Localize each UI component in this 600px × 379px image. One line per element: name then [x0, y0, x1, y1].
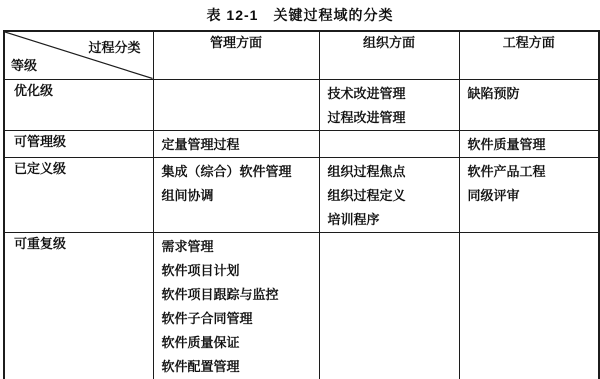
- corner-label-level: 等级: [11, 55, 37, 74]
- kpa-item: 软件质量保证: [162, 331, 315, 355]
- cell-organization: 技术改进管理过程改进管理: [319, 79, 459, 130]
- cell-organization: [319, 130, 459, 157]
- table-row-repeatable: 可重复级 需求管理软件项目计划软件项目跟踪与监控软件子合同管理软件质量保证软件配…: [4, 232, 599, 379]
- column-header-organization: 组织方面: [319, 31, 459, 79]
- kpa-item: 培训程序: [328, 208, 455, 232]
- cell-engineering: [459, 232, 599, 379]
- level-label: 可管理级: [4, 130, 153, 157]
- table-row-managed: 可管理级 定量管理过程 软件质量管理: [4, 130, 599, 157]
- kpa-item: 技术改进管理: [328, 82, 455, 106]
- column-header-management: 管理方面: [153, 31, 319, 79]
- kpa-item: 集成（综合）软件管理: [162, 160, 315, 184]
- column-header-engineering: 工程方面: [459, 31, 599, 79]
- cell-organization: 组织过程焦点组织过程定义培训程序: [319, 157, 459, 232]
- cell-engineering: 缺陷预防: [459, 79, 599, 130]
- cell-management: 定量管理过程: [153, 130, 319, 157]
- cell-engineering: 软件产品工程同级评审: [459, 157, 599, 232]
- table-title: 表 12-1 关键过程域的分类: [0, 0, 600, 25]
- cell-management: 需求管理软件项目计划软件项目跟踪与监控软件子合同管理软件质量保证软件配置管理: [153, 232, 319, 379]
- kpa-item: 需求管理: [162, 235, 315, 259]
- level-label: 已定义级: [4, 157, 153, 232]
- level-label: 优化级: [4, 79, 153, 130]
- corner-label-process-category: 过程分类: [88, 37, 140, 56]
- cell-engineering: 软件质量管理: [459, 130, 599, 157]
- kpa-item: 软件产品工程: [468, 160, 595, 184]
- kpa-item: 缺陷预防: [468, 82, 595, 106]
- kpa-item: 软件项目跟踪与监控: [162, 283, 315, 307]
- diagonal-header-cell: 过程分类 等级: [4, 31, 153, 79]
- table-row-defined: 已定义级 集成（综合）软件管理组间协调 组织过程焦点组织过程定义培训程序 软件产…: [4, 157, 599, 232]
- kpa-item: 软件质量管理: [468, 133, 595, 157]
- kpa-table: 过程分类 等级 管理方面 组织方面 工程方面 优化级 技术改进管理过程改进管理 …: [3, 30, 600, 379]
- level-label: 可重复级: [4, 232, 153, 379]
- kpa-item: 过程改进管理: [328, 106, 455, 130]
- kpa-item: 同级评审: [468, 184, 595, 208]
- kpa-item: 定量管理过程: [162, 133, 315, 157]
- kpa-item: 组间协调: [162, 184, 315, 208]
- kpa-item: 软件子合同管理: [162, 307, 315, 331]
- table-row-optimizing: 优化级 技术改进管理过程改进管理 缺陷预防: [4, 79, 599, 130]
- header-row: 过程分类 等级 管理方面 组织方面 工程方面: [4, 31, 599, 79]
- kpa-item: 组织过程定义: [328, 184, 455, 208]
- kpa-item: 软件项目计划: [162, 259, 315, 283]
- kpa-item: 组织过程焦点: [328, 160, 455, 184]
- document-page: 表 12-1 关键过程域的分类 过程分类 等级 管理方面 组织方面 工程方面 优…: [0, 0, 600, 379]
- cell-management: [153, 79, 319, 130]
- kpa-item: 软件配置管理: [162, 355, 315, 379]
- cell-organization: [319, 232, 459, 379]
- cell-management: 集成（综合）软件管理组间协调: [153, 157, 319, 232]
